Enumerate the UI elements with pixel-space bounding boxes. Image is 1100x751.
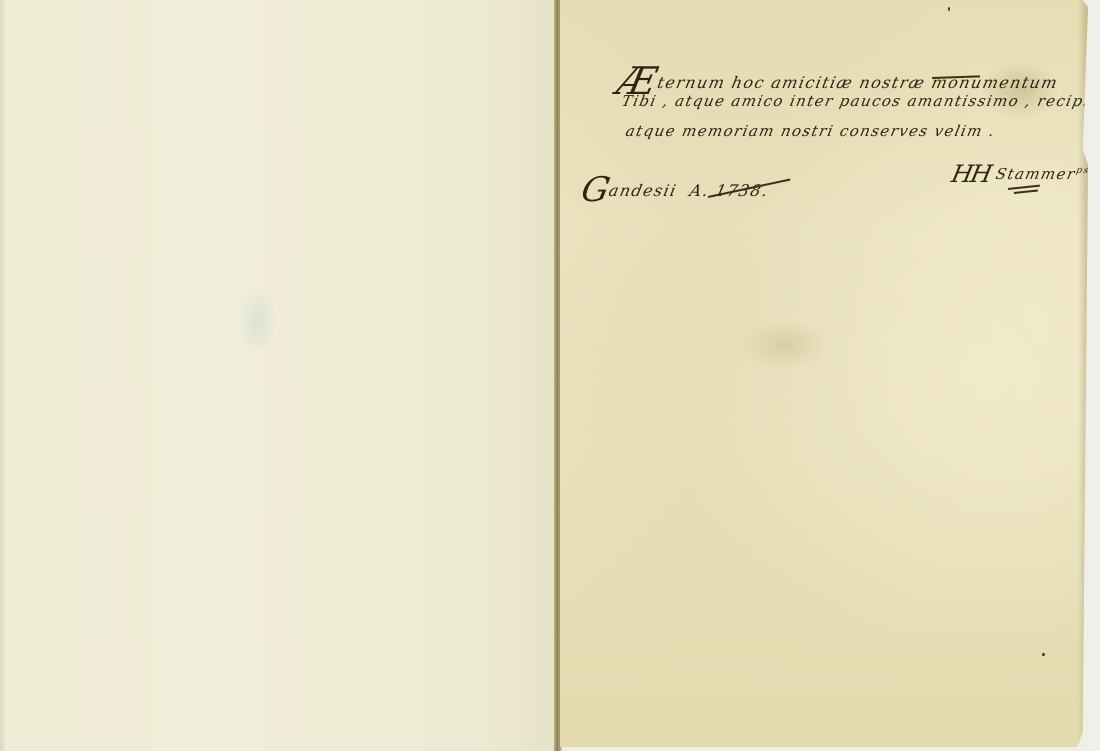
right-page-entry: Æternum hoc amicitiæ nostræ monumentum T… [560,0,1088,747]
signature-initials: HH [949,160,993,188]
paper-stain [740,320,830,370]
place-name: andesii [607,181,679,200]
signature-name: Stammer [994,165,1077,183]
signature: HH Stammerps [949,160,1092,188]
entry-line-2: Tibi , atque amico inter paucos amantiss… [620,92,1100,110]
handwritten-entry: Æternum hoc amicitiæ nostræ monumentum T… [560,0,1088,240]
ink-speck [1042,653,1045,656]
entry-line-3: atque memoriam nostri conserves velim . [624,122,997,140]
signature-underline [1014,189,1038,193]
left-page-edge [0,0,5,751]
manuscript-spread: Æternum hoc amicitiæ nostræ monumentum T… [0,0,1100,751]
place-and-date: Gandesii A. 1738. [578,170,773,210]
scan-backdrop [1088,0,1100,751]
paper-watermark [240,292,276,350]
left-page-blank [0,0,556,751]
